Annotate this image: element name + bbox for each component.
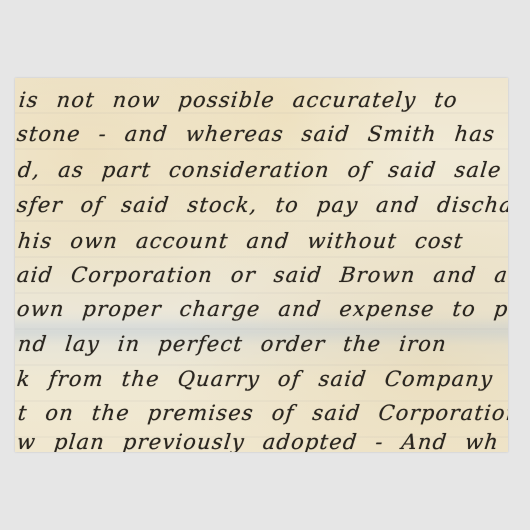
handwritten-line-6: aid Corporation or said Brown and al bbox=[16, 263, 508, 287]
handwritten-line-9: k from the Quarry of said Company to the bbox=[16, 367, 508, 391]
handwritten-line-7: own proper charge and expense to prov bbox=[16, 297, 508, 321]
handwritten-line-3: d, as part consideration of said sale an… bbox=[17, 158, 508, 182]
handwritten-line-1: is not now possible accurately to bbox=[18, 88, 459, 112]
handwritten-line-4: sfer of said stock, to pay and discharge bbox=[16, 193, 508, 217]
handwritten-line-2: stone - and whereas said Smith has bbox=[16, 122, 497, 146]
handwritten-line-5: his own account and without cost bbox=[17, 229, 465, 253]
manuscript-page: is not now possible accurately to stone … bbox=[15, 78, 508, 452]
handwritten-line-10: t on the premises of said Corporation bbox=[17, 401, 508, 425]
handwritten-line-11: w plan previously adopted - And wh bbox=[16, 430, 501, 452]
handwritten-line-8: nd lay in perfect order the iron bbox=[17, 332, 449, 356]
